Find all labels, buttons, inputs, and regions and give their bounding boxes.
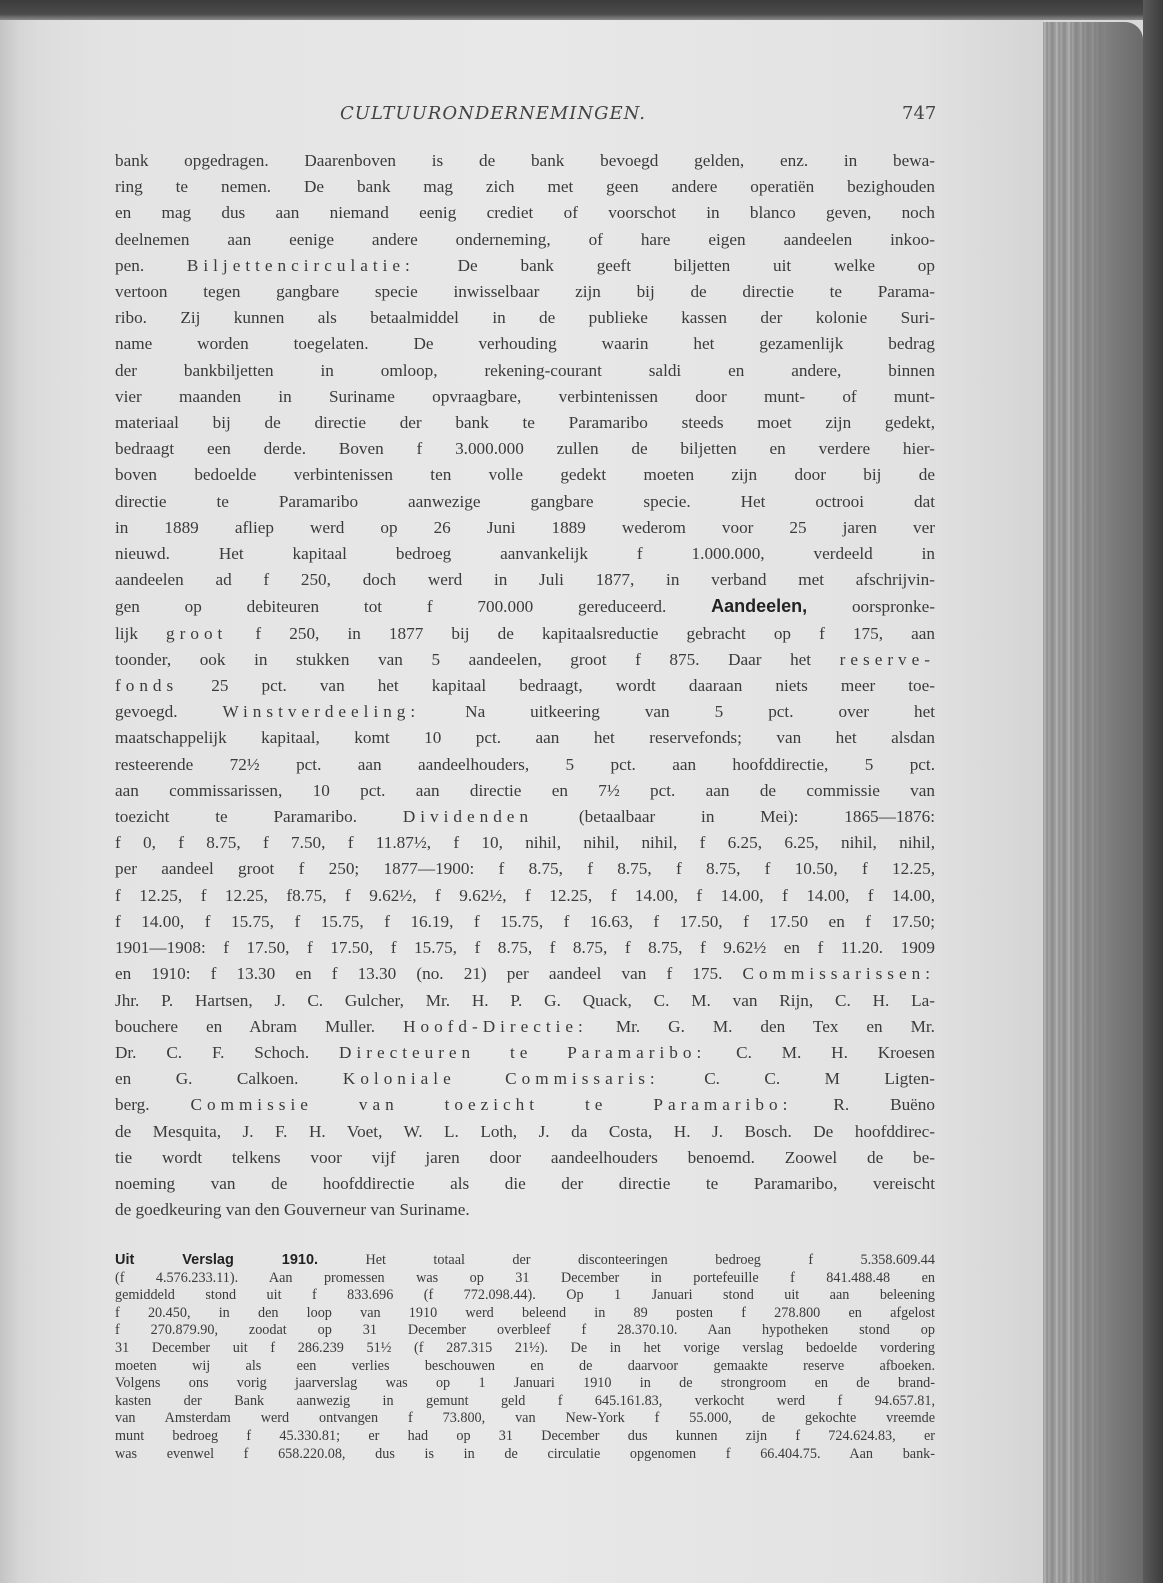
text-line: en 1910: f 13.30 en f 13.30 (no. 21) per… [115,961,935,987]
text-line: toonder, ook in stukken van 5 aandeelen,… [115,647,935,673]
main-text-block: bank opgedragen. Daarenboven is de bank … [115,148,935,1223]
gutter-shadow [0,20,40,1583]
text-line: aandeelen ad f 250, doch werd in Juli 18… [115,567,935,593]
text-line: resteerende 72½ pct. aan aandeelhouders,… [115,752,935,778]
page-edges [1043,22,1143,1583]
report-line: munt bedroeg f 45.330.81; er had op 31 D… [115,1428,935,1446]
spaced-heading: fonds [115,676,178,695]
running-head: CULTUURONDERNEMINGEN. [340,103,646,124]
text-line: boven bedoelde verbintenissen ten volle … [115,462,935,488]
spaced-heading: groot [166,624,227,643]
spaced-heading: Commissarissen: [743,964,935,983]
spaced-heading: Directeuren te Paramaribo: [339,1043,706,1062]
spaced-heading: Dividenden [403,807,533,826]
text-line: vier maanden in Suriname opvraagbare, ve… [115,384,935,410]
text-line: f 0, f 8.75, f 7.50, f 11.87½, f 10, nih… [115,830,935,856]
text-line: name worden toegelaten. De verhouding wa… [115,331,935,357]
spaced-heading: Winstverdeeling: [223,702,421,721]
text-line: 1901—1908: f 17.50, f 17.50, f 15.75, f … [115,935,935,961]
text-line: noeming van de hoofddirectie als die der… [115,1171,935,1197]
text-line: maatschappelijk kapitaal, komt 10 pct. a… [115,725,935,751]
report-line: kasten der Bank aanwezig in gemunt geld … [115,1393,935,1411]
text-line: en mag dus aan niemand eenig crediet of … [115,200,935,226]
text-line: nieuwd. Het kapitaal bedroeg aanvankelij… [115,541,935,567]
report-line: Volgens ons vorig jaarverslag was op 1 J… [115,1375,935,1393]
text-line: in 1889 afliep werd op 26 Juni 1889 wede… [115,515,935,541]
text-line: berg. Commissie van toezicht te Paramari… [115,1092,935,1118]
text-line: per aandeel groot f 250; 1877—1900: f 8.… [115,856,935,882]
text-line: ribo. Zij kunnen als betaalmiddel in de … [115,305,935,331]
report-line: moeten wij als een verlies beschouwen en… [115,1358,935,1376]
report-line: 31 December uit f 286.239 51½ (f 287.315… [115,1340,935,1358]
text-line: der bankbiljetten in omloop, rekening-co… [115,358,935,384]
text-line: en G. Calkoen. Koloniale Commissaris: C.… [115,1066,935,1092]
text-line: f 14.00, f 15.75, f 15.75, f 16.19, f 15… [115,909,935,935]
report-text-block: Uit Verslag 1910. Het totaal der discont… [115,1252,935,1463]
text-line: deelnemen aan eenige andere onderneming,… [115,227,935,253]
text-line: fonds 25 pct. van het kapitaal bedraagt,… [115,673,935,699]
report-line: f 20.450, in den loop van 1910 werd bele… [115,1305,935,1323]
text-line: gevoegd. Winstverdeeling: Na uitkeering … [115,699,935,725]
book-cover-edge [1143,0,1163,1583]
text-line: bouchere en Abram Muller. Hoofd-Directie… [115,1014,935,1040]
text-line: ring te nemen. De bank mag zich met geen… [115,174,935,200]
text-line: toezicht te Paramaribo. Dividenden (beta… [115,804,935,830]
report-line: f 270.879.90, zoodat op 31 December over… [115,1322,935,1340]
text-line: de Mesquita, J. F. H. Voet, W. L. Loth, … [115,1119,935,1145]
bold-heading: Aandeelen, [711,596,807,616]
report-line: van Amsterdam werd ontvangen f 73.800, v… [115,1410,935,1428]
report-heading: Uit Verslag 1910. [115,1252,318,1268]
page-number: 747 [902,103,936,124]
report-line: was evenwel f 658.220.08, dus is in de c… [115,1446,935,1464]
spaced-heading: Biljettencirculatie: [187,256,415,275]
spaced-heading: Commissie van toezicht te Paramaribo: [191,1095,793,1114]
text-line: lijk groot f 250, in 1877 bij de kapitaa… [115,621,935,647]
text-line: pen. Biljettencirculatie: De bank geeft … [115,253,935,279]
text-line: de goedkeuring van den Gouverneur van Su… [115,1197,935,1223]
book-binding-top [0,0,1163,20]
spaced-heading: reserve- [840,650,935,669]
text-line: Dr. C. F. Schoch. Directeuren te Paramar… [115,1040,935,1066]
text-line: materiaal bij de directie der bank te Pa… [115,410,935,436]
text-line: aan commissarissen, 10 pct. aan directie… [115,778,935,804]
spaced-heading: Koloniale Commissaris: [343,1069,660,1088]
text-line: bank opgedragen. Daarenboven is de bank … [115,148,935,174]
text-line: Jhr. P. Hartsen, J. C. Gulcher, Mr. H. P… [115,988,935,1014]
text-line: directie te Paramaribo aanwezige gangbar… [115,489,935,515]
spaced-heading: Hoofd-Directie: [403,1017,588,1036]
text-line: bedraagt een derde. Boven f 3.000.000 zu… [115,436,935,462]
text-line: f 12.25, f 12.25, f8.75, f 9.62½, f 9.62… [115,883,935,909]
report-line: gemiddeld stond uit f 833.696 (f 772.098… [115,1287,935,1305]
report-line: (f 4.576.233.11). Aan promessen was op 3… [115,1270,935,1288]
text-line: tie wordt telkens voor vijf jaren door a… [115,1145,935,1171]
text-line: vertoon tegen gangbare specie inwisselba… [115,279,935,305]
text-line: gen op debiteuren tot f 700.000 gereduce… [115,593,935,620]
report-line: Uit Verslag 1910. Het totaal der discont… [115,1252,935,1270]
